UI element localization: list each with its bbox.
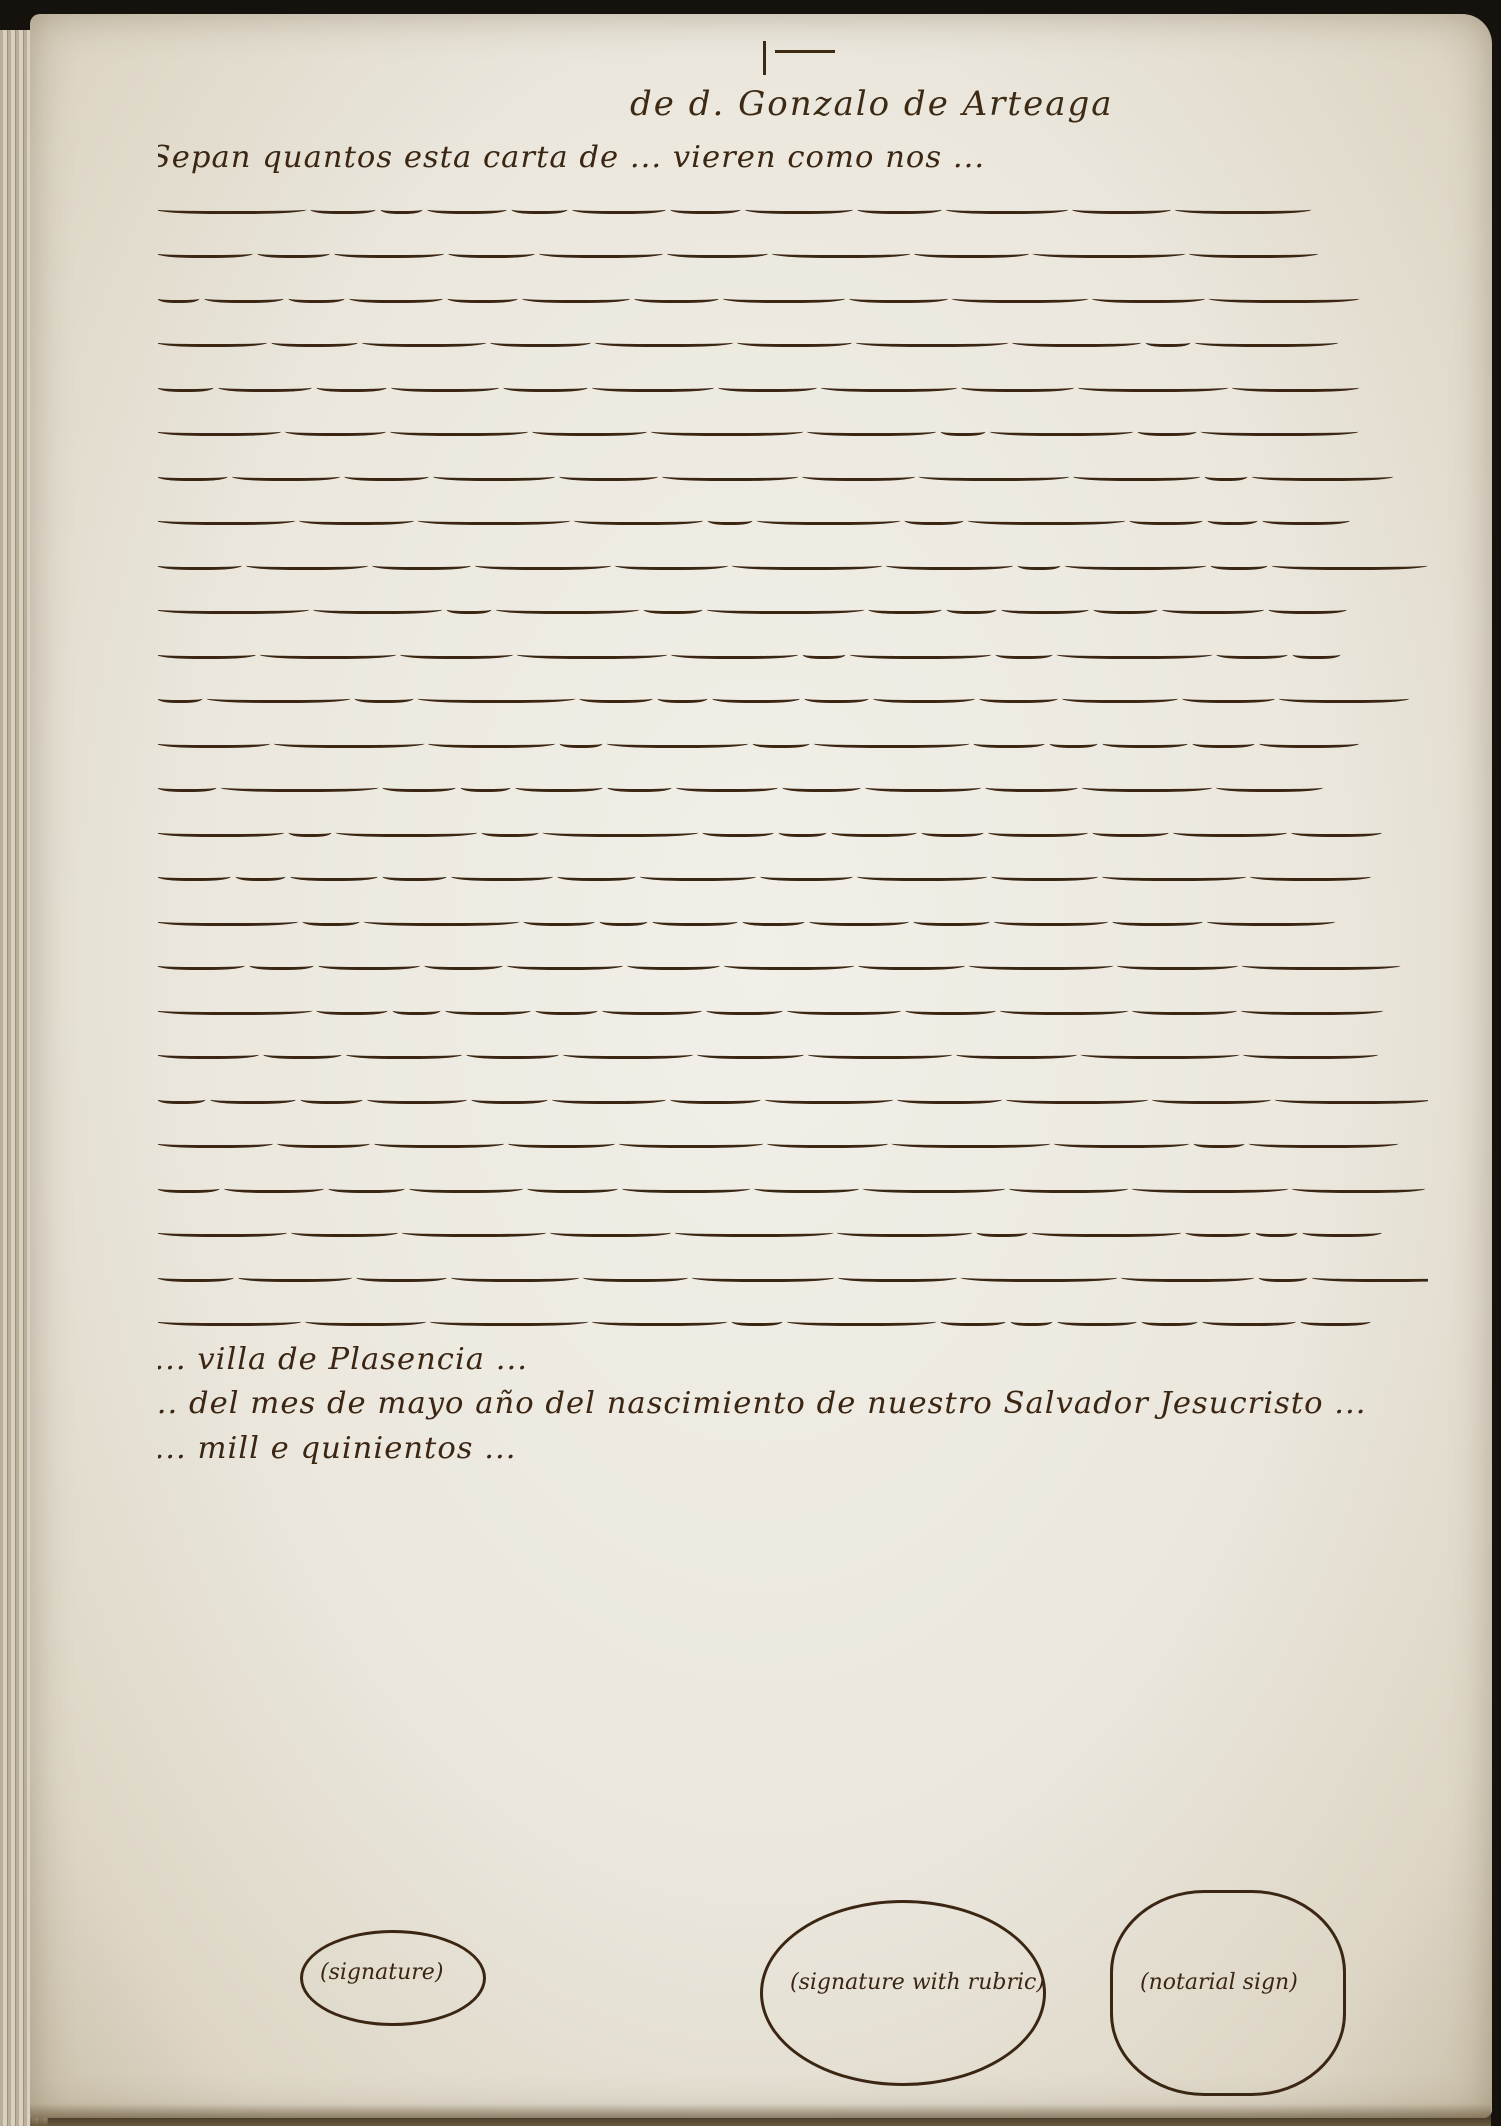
manuscript-line: ... villa de Plasencia ...	[158, 1342, 1428, 1387]
manuscript-line	[158, 1119, 1428, 1164]
manuscript-line: ... mill e quinientos ...	[158, 1431, 1428, 1476]
folio-mark-icon	[775, 50, 835, 77]
manuscript-line	[158, 1075, 1428, 1120]
manuscript-line	[158, 763, 1428, 808]
manuscript-line	[158, 719, 1428, 764]
notarial-sign: (notarial sign)	[1140, 1970, 1298, 1995]
manuscript-line	[158, 407, 1428, 452]
signature-left: (signature)	[320, 1960, 443, 1985]
manuscript-line	[158, 229, 1428, 274]
manuscript-line	[158, 585, 1428, 630]
manuscript-line	[158, 541, 1428, 586]
manuscript-line	[158, 986, 1428, 1031]
manuscript-line	[158, 452, 1428, 497]
manuscript-line	[158, 808, 1428, 853]
page-stain	[30, 2104, 1491, 2126]
manuscript-line	[158, 363, 1428, 408]
manuscript-line: ... del mes de mayo año del nascimiento …	[158, 1386, 1428, 1431]
manuscript-line	[158, 941, 1428, 986]
signature-center: (signature with rubric)	[790, 1970, 1045, 1995]
manuscript-line	[158, 496, 1428, 541]
manuscript-line	[158, 1030, 1428, 1075]
manuscript-line	[158, 318, 1428, 363]
manuscript-line	[158, 1208, 1428, 1253]
manuscript-line	[158, 185, 1428, 230]
manuscript-line	[158, 630, 1428, 675]
manuscript-line	[158, 1253, 1428, 1298]
document-heading: de d. Gonzalo de Arteaga	[630, 84, 1114, 124]
manuscript-line	[158, 274, 1428, 319]
manuscript-line	[158, 852, 1428, 897]
manuscript-line	[158, 897, 1428, 942]
manuscript-line	[158, 1297, 1428, 1342]
manuscript-text: Sepan quantos esta carta de ... vieren c…	[158, 140, 1428, 1475]
manuscript-line	[158, 1164, 1428, 1209]
manuscript-line: Sepan quantos esta carta de ... vieren c…	[158, 140, 1428, 185]
manuscript-line	[158, 674, 1428, 719]
